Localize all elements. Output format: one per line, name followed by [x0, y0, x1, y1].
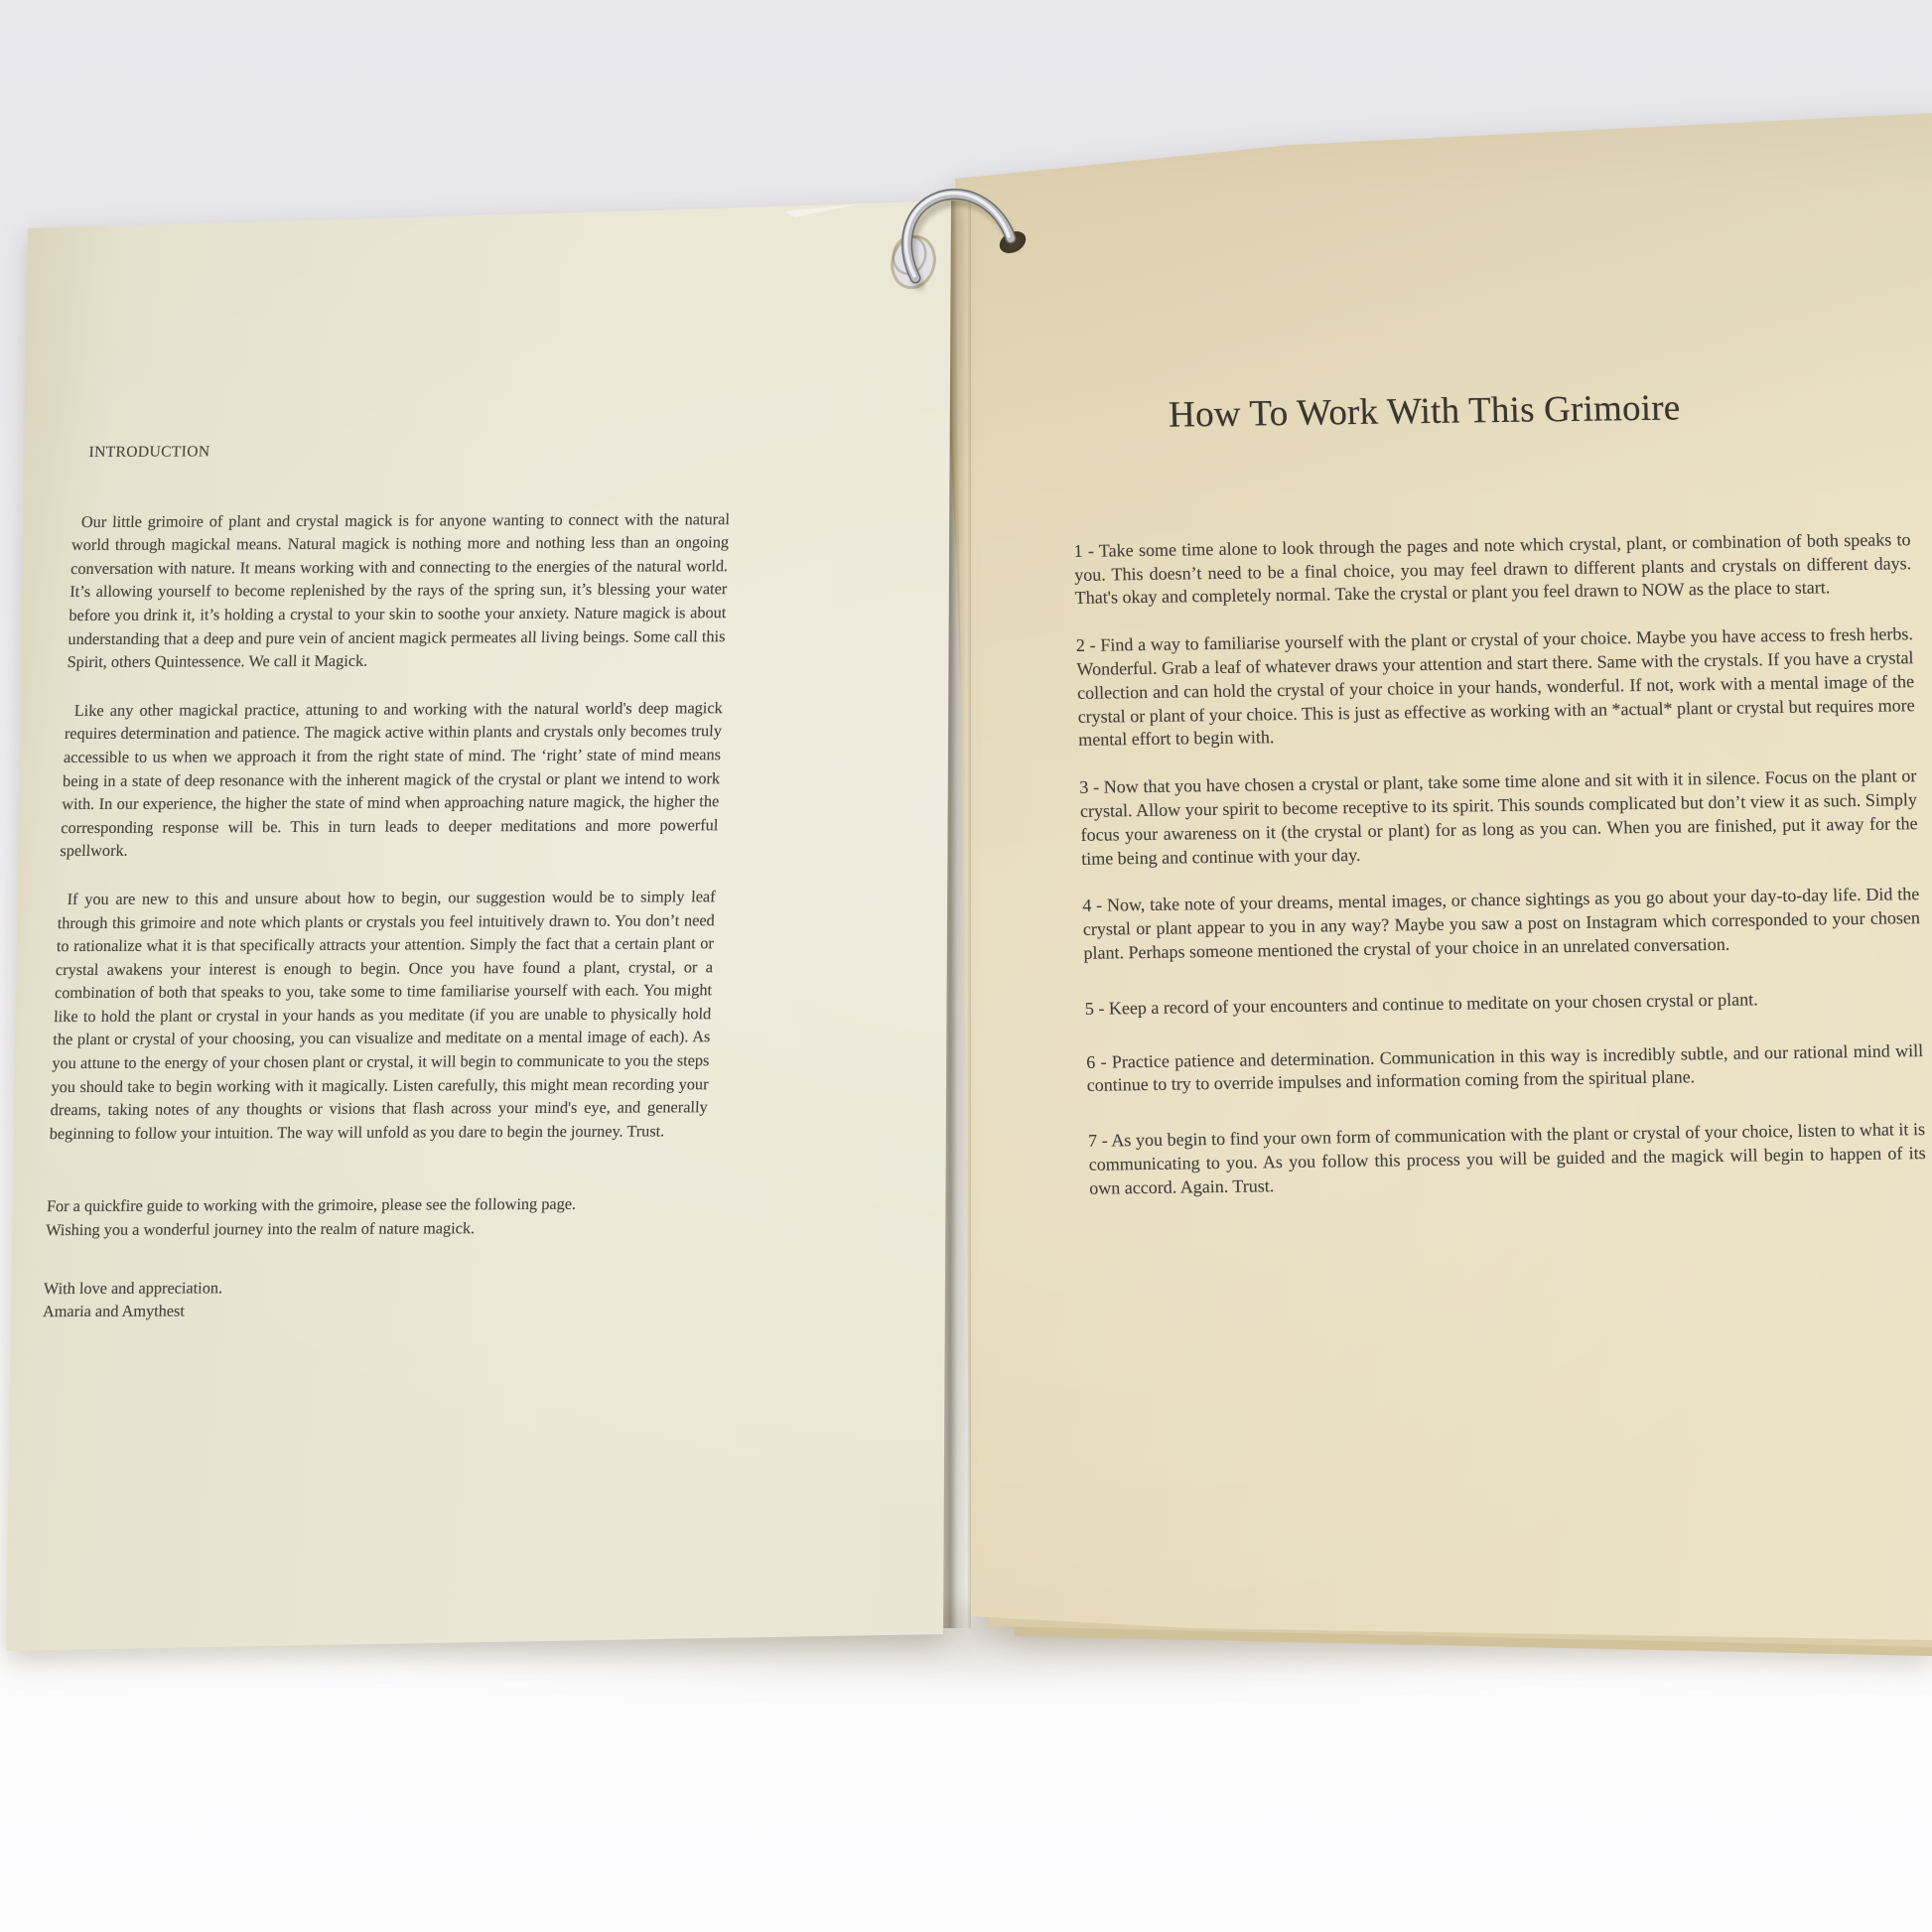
- signoff: With love and appreciation.: [44, 1274, 702, 1300]
- photo-background: How To Work With This Grimoire 1 - Take …: [0, 0, 1932, 1932]
- closing-note: For a quickfire guide to working with th…: [47, 1192, 705, 1218]
- intro-paragraph: Like any other magickal practice, attuni…: [60, 696, 723, 863]
- signoff: Amaria and Amythest: [43, 1297, 701, 1322]
- closing-note: Wishing you a wonderful journey into the…: [46, 1215, 704, 1241]
- intro-paragraph: Our little grimoire of plant and crystal…: [67, 507, 730, 674]
- binder-ring-icon: [866, 157, 1044, 306]
- left-page-text: INTRODUCTION Our little grimoire of plan…: [43, 438, 733, 1323]
- intro-paragraph: If you are new to this and unsure about …: [49, 885, 716, 1145]
- introduction-heading: INTRODUCTION: [88, 438, 733, 464]
